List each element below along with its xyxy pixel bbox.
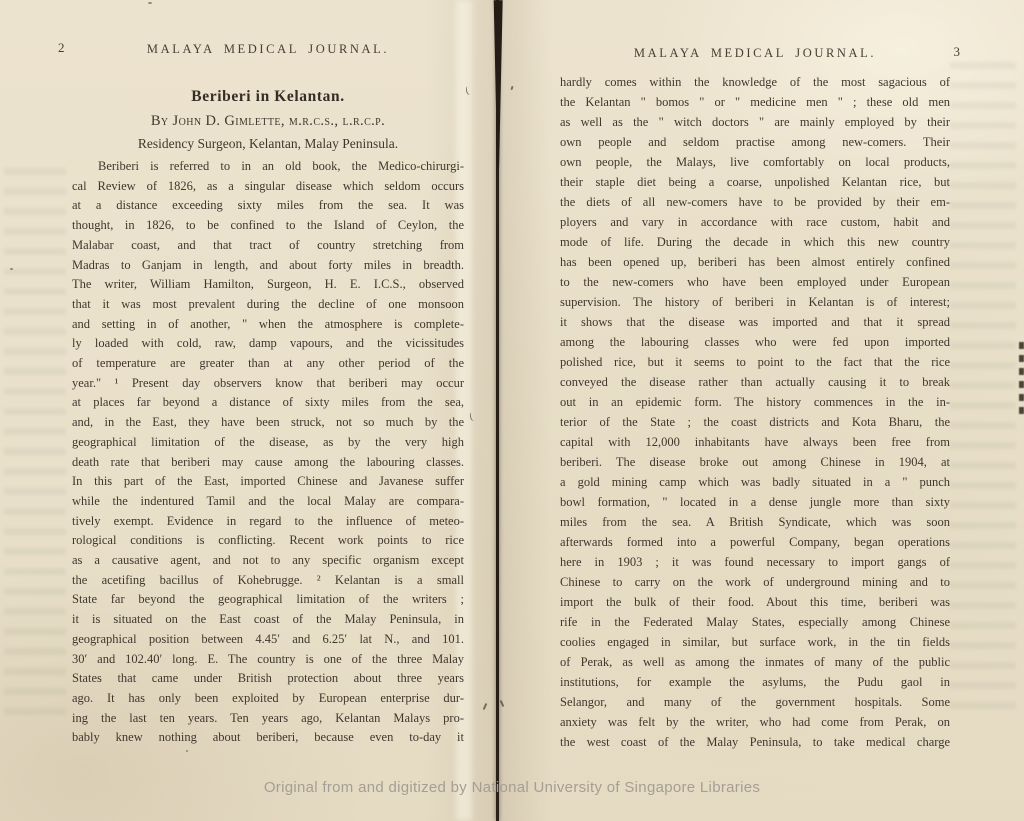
article-byline: By John D. Gimlette, m.r.c.s., l.r.c.p. [72,113,464,130]
running-header-right: MALAYA MEDICAL JOURNAL. [634,46,876,60]
page-left-header: 2 MALAYA MEDICAL JOURNAL. [72,40,464,58]
article-body-left: Beriberi is referred to in an old book, … [72,157,464,748]
page-left: 2 MALAYA MEDICAL JOURNAL. Beriberi in Ke… [72,0,464,821]
ghost-text-right-margin [950,62,1016,712]
article-affiliation: Residency Surgeon, Kelantan, Malay Penin… [72,136,464,152]
ghost-text-left-margin [4,168,66,728]
article-title: Beriberi in Kelantan. [72,88,464,106]
scan-speck [148,2,152,4]
scan-edge-marks [1019,342,1024,416]
page-number-right: 3 [954,44,961,60]
scan-speck [10,268,13,270]
page-right-header: MALAYA MEDICAL JOURNAL. 3 [560,44,950,62]
page-right: MALAYA MEDICAL JOURNAL. 3 hardly comes w… [560,0,950,821]
digitization-watermark: Original from and digitized by National … [0,779,1024,796]
scan-speck [186,750,188,752]
gutter-shadow-right [499,0,553,821]
page-number-left: 2 [58,40,65,56]
book-scan: 2 MALAYA MEDICAL JOURNAL. Beriberi in Ke… [0,0,1024,821]
article-body-right: hardly comes within the knowledge of the… [560,72,950,752]
running-header-left: MALAYA MEDICAL JOURNAL. [147,42,389,56]
